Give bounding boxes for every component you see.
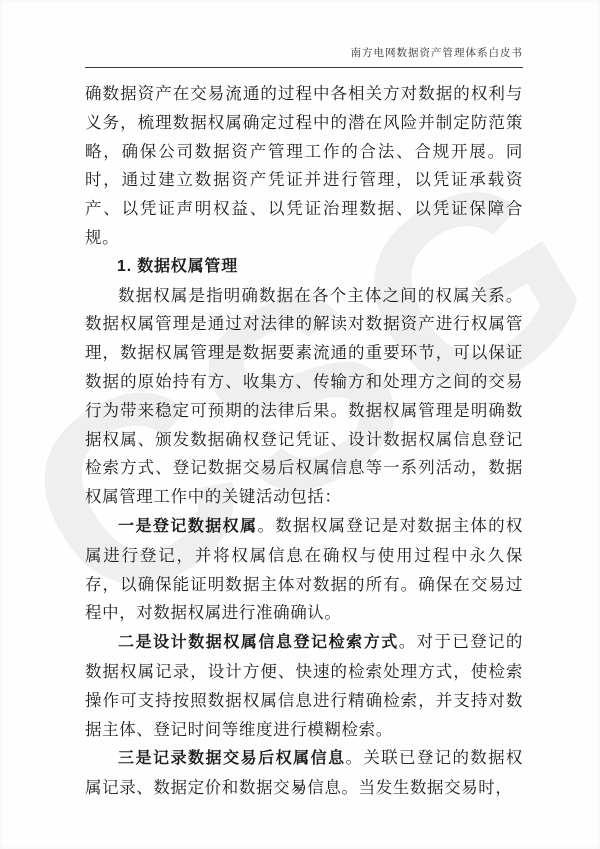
document-page: CSG 南方电网数据资产管理体系白皮书 确数据资产在交易流通的过程中各相关方对数… [0, 0, 600, 849]
header-title: 南方电网数据资产管理体系白皮书 [351, 48, 524, 59]
page-footer: 30 [0, 782, 600, 794]
paragraph: 二是设计数据权属信息登记检索方式。对于已登记的数据权属记录，设计方便、快速的检索… [85, 628, 523, 744]
paragraph: 数据权属是指明确数据在各个主体之间的权属关系。数据权属管理是通过对法律的解读对数… [85, 282, 523, 512]
document-body: 确数据资产在交易流通的过程中各相关方对数据的权利与义务，梳理数据权属确定过程中的… [85, 80, 523, 803]
paragraph: 三是记录数据交易后权属信息。关联已登记的数据权属记录、数据定价和数据交易信息。当… [85, 744, 523, 803]
paragraph: 一是登记数据权属。数据权属登记是对数据主体的权属进行登记，并将权属信息在确权与使… [85, 512, 523, 628]
paragraph-lead: 一是登记数据权属 [118, 518, 258, 535]
paragraph: 确数据资产在交易流通的过程中各相关方对数据的权利与义务，梳理数据权属确定过程中的… [85, 80, 523, 253]
page-number: 30 [295, 782, 306, 794]
section-heading: 1. 数据权属管理 [85, 253, 523, 282]
page-header: 南方电网数据资产管理体系白皮书 [85, 46, 523, 68]
paragraph-lead: 二是设计数据权属信息登记检索方式 [118, 634, 399, 651]
paragraph-lead: 三是记录数据交易后权属信息 [118, 750, 346, 767]
